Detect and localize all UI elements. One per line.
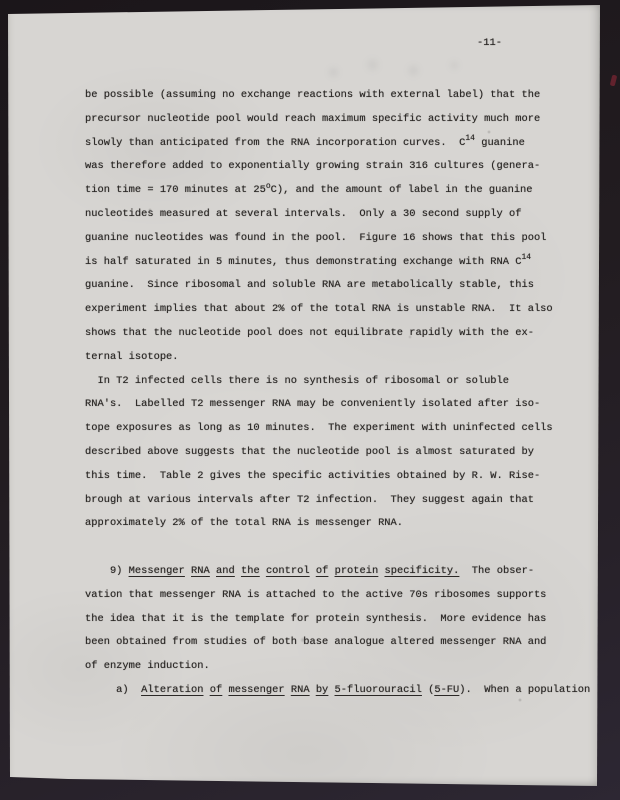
typewritten-text-block: be possible (assuming no exchange reacti… — [85, 84, 605, 703]
text-line: this time. Table 2 gives the specific ac… — [85, 465, 605, 489]
text-line: precursor nucleotide pool would reach ma… — [85, 108, 605, 132]
text-line: guanine. Since ribosomal and soluble RNA… — [85, 274, 605, 298]
text-line: tope exposures as long as 10 minutes. Th… — [85, 417, 605, 441]
text-line: RNA's. Labelled T2 messenger RNA may be … — [85, 393, 605, 417]
text-line: nucleotides measured at several interval… — [85, 203, 605, 227]
bleed-through-mark — [308, 45, 478, 89]
paper-sheet: -11- be possible (assuming no exchange r… — [8, 5, 600, 786]
scan-background: -11- be possible (assuming no exchange r… — [0, 0, 620, 800]
text-line: described above suggests that the nucleo… — [85, 441, 605, 465]
text-line: was therefore added to exponentially gro… — [85, 155, 605, 179]
text-line — [85, 536, 605, 560]
text-line: approximately 2% of the total RNA is mes… — [85, 512, 605, 536]
text-line: shows that the nucleotide pool does not … — [85, 322, 605, 346]
text-line: In T2 infected cells there is no synthes… — [85, 370, 605, 394]
text-line: tion time = 170 minutes at 25oC), and th… — [85, 179, 605, 203]
text-line: been obtained from studies of both base … — [85, 631, 605, 655]
text-line: experiment implies that about 2% of the … — [85, 298, 605, 322]
text-line: a) Alteration of messenger RNA by 5-fluo… — [85, 679, 605, 703]
page-number: -11- — [477, 36, 502, 50]
text-line: slowly than anticipated from the RNA inc… — [85, 132, 605, 156]
text-line: ternal isotope. — [85, 346, 605, 370]
text-line: vation that messenger RNA is attached to… — [85, 584, 605, 608]
text-line: of enzyme induction. — [85, 655, 605, 679]
text-line: the idea that it is the template for pro… — [85, 608, 605, 632]
text-line: be possible (assuming no exchange reacti… — [85, 84, 605, 108]
text-line: is half saturated in 5 minutes, thus dem… — [85, 251, 605, 275]
text-line: brough at various intervals after T2 inf… — [85, 489, 605, 513]
text-line: 9) Messenger RNA and the control of prot… — [85, 560, 605, 584]
red-ink-mark — [610, 75, 618, 87]
text-line: guanine nucleotides was found in the poo… — [85, 227, 605, 251]
